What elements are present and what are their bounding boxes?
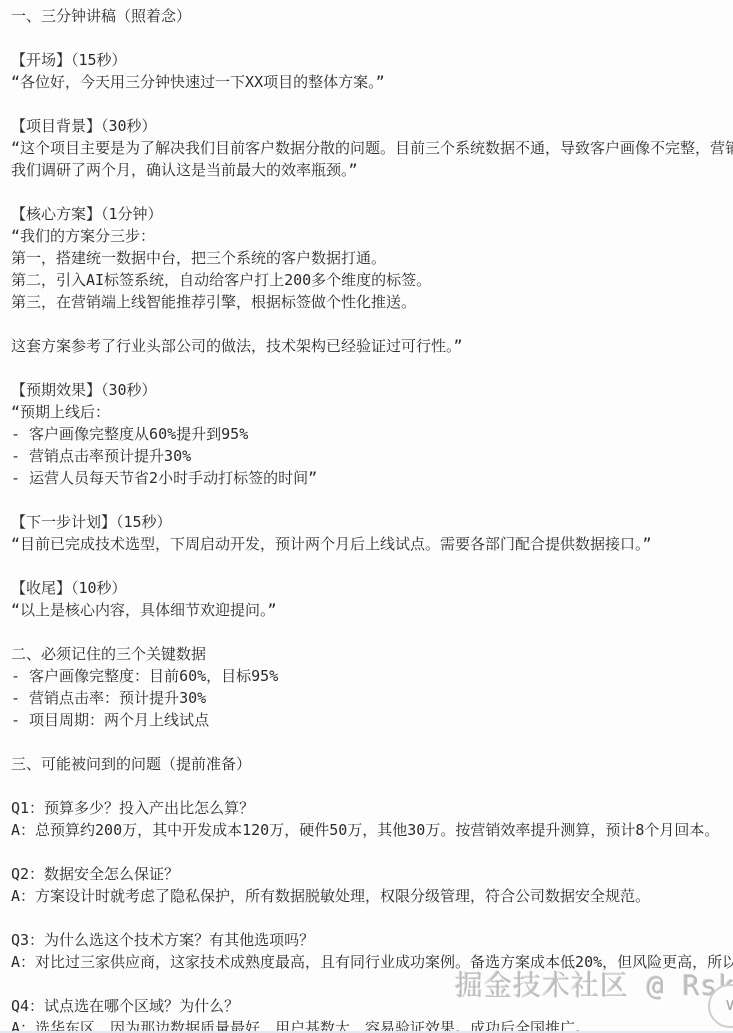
text-line: 【收尾】（10秒）	[11, 577, 733, 599]
blank-line	[11, 841, 733, 863]
blank-line	[11, 313, 733, 335]
text-line: “预期上线后：	[11, 401, 733, 423]
text-line: 这套方案参考了行业头部公司的做法，技术架构已经验证过可行性。”	[11, 335, 733, 357]
text-line: - 客户画像完整度：目前60%，目标95%	[11, 665, 733, 687]
blank-line	[11, 555, 733, 577]
blank-line	[11, 27, 733, 49]
text-line: 【预期效果】（30秒）	[11, 379, 733, 401]
text-line: - 项目周期：两个月上线试点	[11, 709, 733, 731]
text-line: A：总预算约200万，其中开发成本120万，硬件50万，其他30万。按营销效率提…	[11, 819, 733, 841]
text-line: 我们调研了两个月，确认这是当前最大的效率瓶颈。”	[11, 159, 733, 181]
text-line: 【开场】（15秒）	[11, 49, 733, 71]
blank-line	[11, 489, 733, 511]
blank-line	[11, 93, 733, 115]
chevron-down-icon: ∨	[725, 997, 733, 1014]
text-line: Q1：预算多少？投入产出比怎么算？	[11, 797, 733, 819]
blank-line	[11, 357, 733, 379]
text-line: 第一，搭建统一数据中台，把三个系统的客户数据打通。	[11, 247, 733, 269]
blank-line	[11, 621, 733, 643]
text-line: 第三，在营销端上线智能推荐引擎，根据标签做个性化推送。	[11, 291, 733, 313]
text-line: Q2：数据安全怎么保证？	[11, 863, 733, 885]
blank-line	[11, 731, 733, 753]
document-page: 一、三分钟讲稿（照着念）【开场】（15秒）“各位好，今天用三分钟快速过一下XX项…	[0, 0, 733, 1033]
text-line: 三、可能被问到的问题（提前准备）	[11, 753, 733, 775]
blank-line	[11, 775, 733, 797]
text-line: “这个项目主要是为了解决我们目前客户数据分散的问题。目前三个系统数据不通，导致客…	[11, 137, 733, 159]
document-body: 一、三分钟讲稿（照着念）【开场】（15秒）“各位好，今天用三分钟快速过一下XX项…	[0, 0, 733, 1033]
text-line: - 运营人员每天节省2小时手动打标签的时间”	[11, 467, 733, 489]
text-line: “以上是核心内容，具体细节欢迎提问。”	[11, 599, 733, 621]
text-line: - 客户画像完整度从60%提升到95%	[11, 423, 733, 445]
text-line: 一、三分钟讲稿（照着念）	[11, 5, 733, 27]
text-line: Q3：为什么选这个技术方案？有其他选项吗？	[11, 929, 733, 951]
blank-line	[11, 907, 733, 929]
text-line: 第二，引入AI标签系统，自动给客户打上200多个维度的标签。	[11, 269, 733, 291]
text-line: - 营销点击率：预计提升30%	[11, 687, 733, 709]
watermark: 掘金技术社区 @ RskAi	[455, 969, 733, 1003]
text-line: 【下一步计划】（15秒）	[11, 511, 733, 533]
text-line: 二、必须记住的三个关键数据	[11, 643, 733, 665]
text-line: “各位好，今天用三分钟快速过一下XX项目的整体方案。”	[11, 71, 733, 93]
text-line: 【核心方案】（1分钟）	[11, 203, 733, 225]
text-line: - 营销点击率预计提升30%	[11, 445, 733, 467]
text-line: 【项目背景】（30秒）	[11, 115, 733, 137]
text-line: “目前已完成技术选型，下周启动开发，预计两个月后上线试点。需要各部门配合提供数据…	[11, 533, 733, 555]
text-line: “我们的方案分三步：	[11, 225, 733, 247]
blank-line	[11, 181, 733, 203]
text-line: A：方案设计时就考虑了隐私保护，所有数据脱敏处理，权限分级管理，符合公司数据安全…	[11, 885, 733, 907]
